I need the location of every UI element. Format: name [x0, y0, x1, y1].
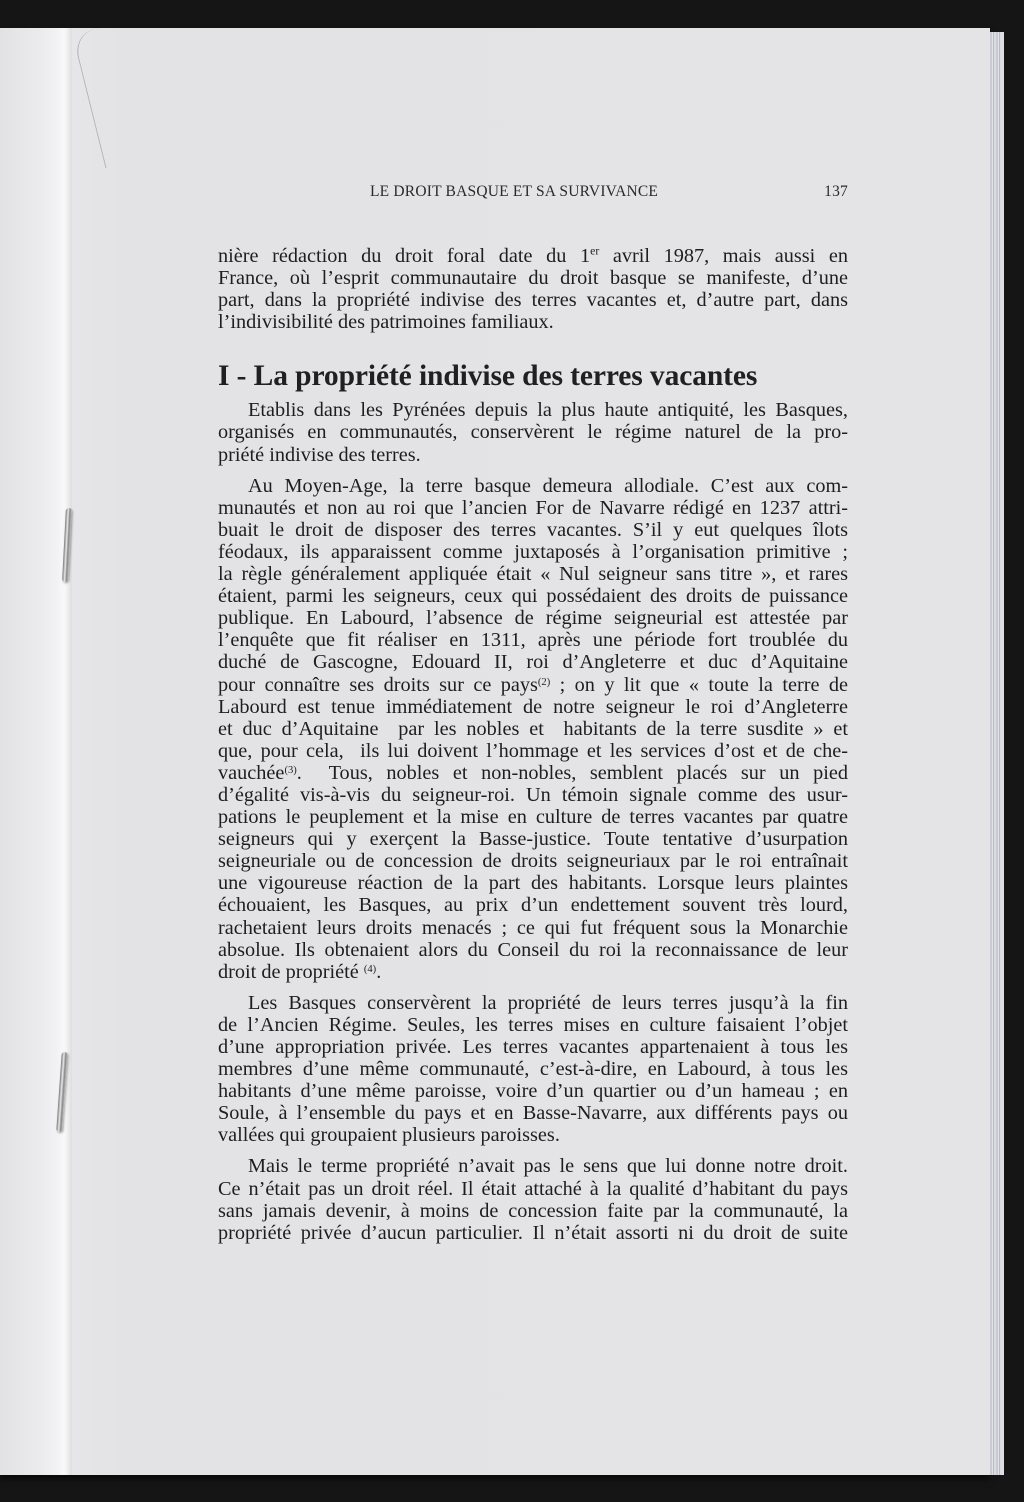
text-line: Les Basques conservèrent la propriété de… — [218, 992, 848, 1014]
superscript: er — [590, 245, 599, 258]
text-line: buait le droit de disposer des terres va… — [218, 519, 848, 541]
text-line: habitants d’une même paroisse, voire d’u… — [218, 1080, 848, 1102]
text-line: une vigoureuse réaction de la part des h… — [218, 872, 848, 894]
text-line: seigneuriale ou de concession de droits … — [218, 850, 848, 872]
text-line: munautés et non au roi que l’ancien For … — [218, 497, 848, 519]
text-line: duché de Gascogne, Edouard II, roi d’Ang… — [218, 651, 848, 673]
text-run: nière rédaction du droit foral date du 1 — [218, 245, 590, 267]
text-line: Labourd est tenue immédiatement de notre… — [218, 696, 848, 718]
text-line: pour connaître ses droits sur ce pays(2)… — [218, 674, 848, 696]
text-line: étaient, parmi les seigneurs, ceux qui p… — [218, 585, 848, 607]
text-line: membres d’une même communauté, c’est-à-d… — [218, 1058, 848, 1080]
text-run: . — [376, 961, 381, 983]
text-line: vallées qui groupaient plusieurs paroiss… — [218, 1124, 848, 1146]
text-line: vauchée(3). Tous, nobles et non-nobles, … — [218, 762, 848, 784]
paragraph: Etablis dans les Pyrénées depuis la plus… — [218, 399, 848, 465]
text-line: de l’Ancien Régime. Seules, les terres m… — [218, 1014, 848, 1036]
paragraph: Mais le terme propriété n’avait pas le s… — [218, 1155, 848, 1243]
text-line: l’indivisibilité des patrimoines familia… — [218, 311, 848, 333]
text-line: rachetaient leurs droits menacés ; ce qu… — [218, 917, 848, 939]
text-line: l’enquête que fit réaliser en 1311, aprè… — [218, 629, 848, 651]
footnote-ref-3[interactable]: (3) — [284, 765, 296, 776]
text-line: France, où l’esprit communautaire du dro… — [218, 267, 848, 289]
text-line: Mais le terme propriété n’avait pas le s… — [218, 1155, 848, 1177]
text-line: droit de propriété (4). — [218, 961, 848, 983]
text-line: sans jamais devenir, à moins de concessi… — [218, 1200, 848, 1222]
text-line: Soule, à l’ensemble du pays et en Basse-… — [218, 1102, 848, 1124]
text-line: Au Moyen-Age, la terre basque demeura al… — [218, 475, 848, 497]
text-line: pations le peuplement et la mise en cult… — [218, 806, 848, 828]
footnote-ref-4[interactable]: (4) — [364, 964, 376, 975]
paragraph: Les Basques conservèrent la propriété de… — [218, 992, 848, 1147]
text-run: avril 1987, mais aussi en — [599, 245, 848, 267]
text-line: que, pour cela, ils lui doivent l’hommag… — [218, 740, 848, 762]
text-line: part, dans la propriété indivise des ter… — [218, 289, 848, 311]
text-run: pour connaître ses droits sur ce pays — [218, 674, 538, 696]
text-line: la règle généralement appliquée était « … — [218, 563, 848, 585]
text-run: vauchée — [218, 762, 284, 784]
text-line: d’une appropriation privée. Les terres v… — [218, 1036, 848, 1058]
section-heading: I - La propriété indivise des terres vac… — [218, 359, 848, 393]
text-line: propriété privée d’aucun particulier. Il… — [218, 1222, 848, 1244]
text-run: . Tous, nobles et non-nobles, semblent p… — [297, 762, 848, 784]
footnote-ref-2[interactable]: (2) — [538, 677, 550, 688]
text-run: ; on y lit que « toute la terre de — [550, 674, 848, 696]
text-line: et duc d’Aquitaine par les nobles et hab… — [218, 718, 848, 740]
text-line: Etablis dans les Pyrénées depuis la plus… — [218, 399, 848, 421]
text-line: absolue. Ils obtenaient alors du Conseil… — [218, 939, 848, 961]
text-line: publique. En Labourd, l’absence de régim… — [218, 607, 848, 629]
text-line: organisés en communautés, conservèrent l… — [218, 421, 848, 443]
intro-paragraph: nière rédaction du droit foral date du 1… — [218, 245, 848, 333]
text-line: nière rédaction du droit foral date du 1… — [218, 245, 848, 267]
running-head-title: LE DROIT BASQUE ET SA SURVIVANCE — [370, 183, 658, 201]
paragraph: Au Moyen-Age, la terre basque demeura al… — [218, 475, 848, 983]
text-line: priété indivise des terres. — [218, 444, 848, 466]
text-line: seigneurs qui y exerçent la Basse-justic… — [218, 828, 848, 850]
text-run: droit de propriété — [218, 961, 364, 983]
text-line: d’égalité vis-à-vis du seigneur-roi. Un … — [218, 784, 848, 806]
book-spine — [58, 28, 72, 1475]
page-number: 137 — [824, 183, 848, 201]
text-line: féodaux, ils apparaissent comme juxtapos… — [218, 541, 848, 563]
text-line: échouaient, les Basques, au prix d’un en… — [218, 894, 848, 916]
body-text: nière rédaction du droit foral date du 1… — [218, 245, 848, 1244]
text-line: Ce n’était pas un droit réel. Il était a… — [218, 1178, 848, 1200]
page-edges — [990, 32, 1004, 1475]
